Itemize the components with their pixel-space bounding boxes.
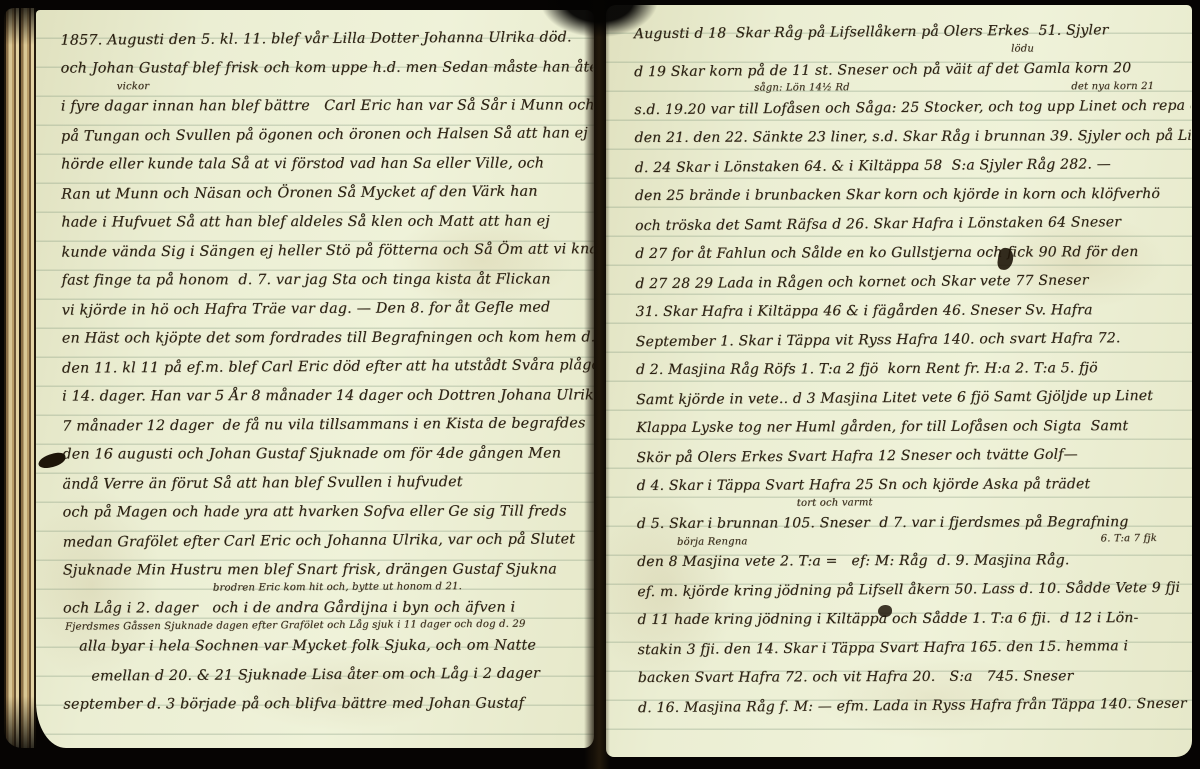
manuscript-line: vi kjörde in hö och Hafra Träe var dag. … bbox=[62, 293, 586, 325]
manuscript-line: Skör på Olers Erkes Svart Hafra 12 Snese… bbox=[636, 440, 1186, 474]
manuscript-line: och tröska det Samt Räfsa d 26. Skar Haf… bbox=[635, 208, 1185, 242]
manuscript-line: d 11 hade kring jödning i Kiltäppa och S… bbox=[637, 604, 1187, 635]
manuscript-line: 1857. Augusti den 5. kl. 11. blef vår Li… bbox=[60, 23, 584, 55]
manuscript-line: i fyre dagar innan han blef bättre Carl … bbox=[61, 91, 585, 121]
manuscript-line: hade i Hufvuet Så att han blef aldeles S… bbox=[61, 207, 585, 237]
left-page: 1857. Augusti den 5. kl. 11. blef vår Li… bbox=[36, 10, 594, 748]
manuscript-line: och på Magen och hade yra att hvarken So… bbox=[63, 497, 587, 527]
manuscript-line: Samt kjörde in vete.. d 3 Masjina Litet … bbox=[636, 382, 1186, 416]
manuscript-line: medan Grafölet efter Carl Eric och Johan… bbox=[63, 525, 587, 557]
manuscript-line: fast finge ta på honom d. 7. var jag Sta… bbox=[62, 265, 586, 295]
manuscript-line: ef. m. kjörde kring jödning på Lifsell å… bbox=[637, 574, 1187, 608]
manuscript-line: d 27 28 29 Lada in Rågen och kornet och … bbox=[635, 266, 1185, 300]
manuscript-line: den 25 brände i brunbacken Skar korn och… bbox=[635, 180, 1185, 211]
manuscript-line: hörde eller kunde tala Så at vi förstod … bbox=[61, 149, 585, 179]
manuscript-line: den 8 Masjina vete 2. T:a = ef: M: Råg d… bbox=[637, 546, 1187, 577]
manuscript-line: Klappa Lyske tog ner Huml gården, for ti… bbox=[636, 412, 1186, 443]
manuscript-line: i 14. dager. Han var 5 År 8 månader 14 d… bbox=[62, 381, 586, 411]
manuscript-line: en Häst och kjöpte det som fordrades til… bbox=[62, 323, 586, 353]
manuscript-line: ändå Verre än förut Så att han blef Svul… bbox=[62, 467, 586, 499]
right-page-text: Augusti d 18 Skar Råg på Lifsellåkern på… bbox=[604, 3, 1195, 759]
manuscript-line: emellan d 20. & 21 Sjuknade Lisa åter om… bbox=[63, 659, 587, 691]
manuscript-line: Ran ut Munn och Näsan och Öronen Så Myck… bbox=[61, 177, 585, 209]
right-page: Augusti d 18 Skar Råg på Lifsellåkern på… bbox=[606, 5, 1192, 757]
manuscript-line: 7 månader 12 dager de få nu vila tillsam… bbox=[62, 409, 586, 441]
manuscript-line: kunde vända Sig i Sängen ej heller Stö p… bbox=[61, 235, 585, 267]
manuscript-line: den 21. den 22. Sänkte 23 liner, s.d. Sk… bbox=[634, 122, 1184, 153]
manuscript-line: d. 16. Masjina Råg f. M: — efm. Lada in … bbox=[638, 690, 1188, 724]
manuscript-line: d 2. Masjina Råg Röfs 1. T:a 2 fjö korn … bbox=[636, 354, 1186, 385]
book-spine-page-edges bbox=[4, 8, 36, 748]
manuscript-line: d 27 for åt Fahlun och Sålde en ko Gulls… bbox=[635, 238, 1185, 269]
manuscript-line: stakin 3 fji. den 14. Skar i Täppa Svart… bbox=[638, 632, 1188, 666]
manuscript-line: September 1. Skar i Täppa vit Ryss Hafra… bbox=[636, 324, 1186, 358]
manuscript-line: september d. 3 började på och blifva bät… bbox=[63, 689, 587, 719]
manuscript-line: backen Svart Hafra 72. och vit Hafra 20.… bbox=[638, 662, 1188, 693]
manuscript-line: 31. Skar Hafra i Kiltäppa 46 & i fägårde… bbox=[636, 296, 1186, 327]
manuscript-line: på Tungan och Svullen på ögonen och öron… bbox=[61, 119, 585, 151]
manuscript-line: s.d. 19.20 var till Lofåsen och Såga: 25… bbox=[634, 92, 1184, 126]
manuscript-line: alla byar i hela Sochnen var Mycket folk… bbox=[63, 631, 587, 661]
photo-background: { "document": { "kind": "handwritten dia… bbox=[0, 0, 1200, 769]
manuscript-line: d. 24 Skar i Lönstaken 64. & i Kiltäppa … bbox=[635, 150, 1185, 184]
diary-book-photo: 1857. Augusti den 5. kl. 11. blef vår Li… bbox=[0, 0, 1200, 769]
manuscript-line: den 16 augusti och Johan Gustaf Sjuknade… bbox=[62, 439, 586, 469]
left-page-text: 1857. Augusti den 5. kl. 11. blef vår Li… bbox=[34, 9, 595, 749]
manuscript-line: den 11. kl 11 på ef.m. blef Carl Eric dö… bbox=[62, 351, 586, 383]
